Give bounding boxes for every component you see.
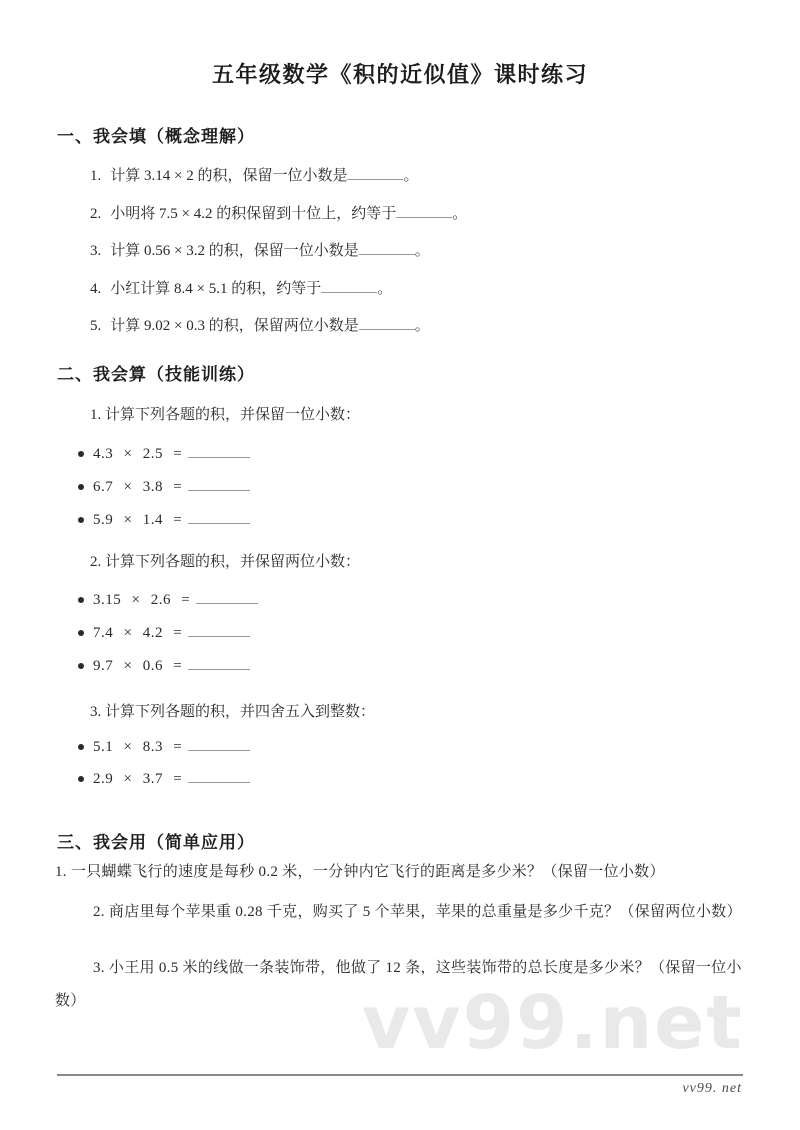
item-text: 计算 9.02 × 0.3 的积，保留两位小数是 [110,318,358,334]
bullet-icon [78,451,84,457]
worksheet-page: 五年级数学《积的近似值》课时练习 一、我会填（概念理解） 1.计算 3.14 ×… [0,0,800,1130]
answer-blank [196,590,258,604]
apply-problem-1: 1. 一只蝴蝶飞行的速度是每秒 0.2 米，一分钟内它飞行的距离是多少米？（保留… [55,856,755,889]
answer-blank [188,737,250,751]
bullet-icon [78,484,84,490]
calc-problem: 7.4 × 4.2 = [78,623,250,643]
answer-blank [188,623,250,637]
answer-blank [321,279,377,293]
equation-text: 2.9 × 3.7 = [93,771,182,787]
section-apply-heading: 三、我会用（简单应用） [57,828,255,853]
answer-blank [359,316,415,330]
bullet-icon [78,517,84,523]
item-number: 4. [90,281,101,297]
answer-blank [396,204,452,218]
answer-blank [188,769,250,783]
bullet-icon [78,663,84,669]
fill-item-1: 1.计算 3.14 × 2 的积，保留一位小数是。 [90,166,418,186]
equation-text: 9.7 × 0.6 = [93,658,182,674]
item-number: 1. [90,168,101,184]
item-text: 小明将 7.5 × 4.2 的积保留到十位上，约等于 [110,206,396,222]
calc-group-2-label: 2. 计算下列各题的积，并保留两位小数： [90,552,360,572]
calc-problem: 5.9 × 1.4 = [78,510,250,530]
page-title: 五年级数学《积的近似值》课时练习 [0,58,800,89]
calc-group-3-label: 3. 计算下列各题的积，并四舍五入到整数： [90,702,375,722]
answer-blank [188,656,250,670]
equation-text: 5.9 × 1.4 = [93,512,182,528]
equation-text: 5.1 × 8.3 = [93,739,182,755]
item-number: 5. [90,318,101,334]
item-end: 。 [415,243,430,259]
item-number: 2. [90,206,101,222]
calc-group-1-label: 1. 计算下列各题的积，并保留一位小数： [90,405,360,425]
apply-problem-2: 2. 商店里每个苹果重 0.28 千克，购买了 5 个苹果，苹果的总重量是多少千… [55,896,755,929]
calc-problem: 4.3 × 2.5 = [78,444,250,464]
equation-text: 4.3 × 2.5 = [93,446,182,462]
calc-problem: 5.1 × 8.3 = [78,737,250,757]
item-end: 。 [377,281,392,297]
answer-blank [188,477,250,491]
fill-item-4: 4.小红计算 8.4 × 5.1 的积，约等于。 [90,279,392,299]
bullet-icon [78,776,84,782]
equation-text: 6.7 × 3.8 = [93,479,182,495]
answer-blank [359,241,415,255]
item-number: 3. [90,243,101,259]
item-text: 计算 0.56 × 3.2 的积，保留一位小数是 [110,243,358,259]
bullet-icon [78,597,84,603]
answer-blank [188,510,250,524]
footer-divider [57,1074,743,1076]
equation-text: 3.15 × 2.6 = [93,592,190,608]
calc-problem: 6.7 × 3.8 = [78,477,250,497]
equation-text: 7.4 × 4.2 = [93,625,182,641]
calc-problem: 3.15 × 2.6 = [78,590,258,610]
section-calc-heading: 二、我会算（技能训练） [57,360,255,385]
item-text: 计算 3.14 × 2 的积，保留一位小数是 [110,168,347,184]
section-fill-heading: 一、我会填（概念理解） [57,122,255,147]
item-end: 。 [403,168,418,184]
fill-item-3: 3.计算 0.56 × 3.2 的积，保留一位小数是。 [90,241,430,261]
calc-problem: 2.9 × 3.7 = [78,769,250,789]
item-end: 。 [452,206,467,222]
calc-problem: 9.7 × 0.6 = [78,656,250,676]
watermark-text: vv99.net [362,980,744,1066]
fill-item-5: 5.计算 9.02 × 0.3 的积，保留两位小数是。 [90,316,430,336]
answer-blank [347,166,403,180]
item-end: 。 [415,318,430,334]
bullet-icon [78,744,84,750]
item-text: 小红计算 8.4 × 5.1 的积，约等于 [110,281,321,297]
bullet-icon [78,630,84,636]
footer-site-label: vv99. net [682,1081,742,1097]
answer-blank [188,444,250,458]
fill-item-2: 2.小明将 7.5 × 4.2 的积保留到十位上，约等于。 [90,204,467,224]
